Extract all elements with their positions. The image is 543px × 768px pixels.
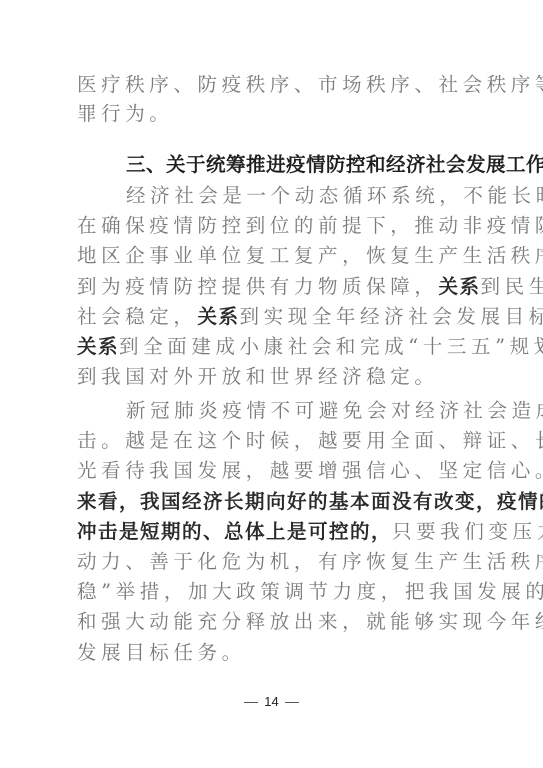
text-segment: 和强大动能充分释放出来，就能够实现今年经济社会 bbox=[77, 610, 543, 633]
section-heading: 三、关于统筹推进疫情防控和经济社会发展工作 bbox=[126, 150, 469, 180]
text-line: 和强大动能充分释放出来，就能够实现今年经济社会 bbox=[77, 607, 469, 637]
text-segment: 到民生保障和 bbox=[481, 275, 543, 298]
text-line: 发展目标任务。 bbox=[77, 638, 469, 668]
bold-text: 关系 bbox=[77, 335, 119, 358]
text-segment: 到实现全年经济社会发展目标任务， bbox=[240, 305, 543, 328]
text-segment: 社会稳定， bbox=[77, 305, 198, 328]
page-number: 14 bbox=[0, 694, 543, 709]
text-segment: 发展目标任务。 bbox=[77, 641, 246, 664]
text-line: 经济社会是一个动态循环系统，不能长时间停摆。 bbox=[126, 181, 469, 211]
document-page: 医疗秩序、防疫秩序、市场秩序、社会秩序等违法犯 罪行为。 三、关于统筹推进疫情防… bbox=[0, 0, 543, 768]
text-segment: 在确保疫情防控到位的前提下，推动非疫情防控重点 bbox=[77, 214, 543, 237]
text-line: 在确保疫情防控到位的前提下，推动非疫情防控重点 bbox=[77, 211, 469, 241]
text-segment: 到全面建成小康社会和完成“十三五”规划， bbox=[119, 335, 543, 358]
text-segment: 只要我们变压力为 bbox=[392, 520, 543, 543]
text-line: 来看，我国经济长期向好的基本面没有改变，疫情的 bbox=[77, 487, 469, 517]
text-line: 动力、善于化危为机，有序恢复生产生活秩序，强化“六 bbox=[77, 547, 469, 577]
text-line: 到为疫情防控提供有力物质保障，关系到民生保障和 bbox=[77, 272, 469, 302]
text-line: 稳”举措，加大政策调节力度，把我国发展的巨大潜力 bbox=[77, 577, 469, 607]
text-line: 到我国对外开放和世界经济稳定。 bbox=[77, 362, 469, 392]
text-segment: 到为疫情防控提供有力物质保障， bbox=[77, 275, 439, 298]
text-segment: 地区企事业单位复工复产，恢复生产生活秩序， bbox=[77, 244, 543, 267]
text-line: 关系到全面建成小康社会和完成“十三五”规划，关系 bbox=[77, 332, 469, 362]
text-segment: 经济社会是一个动态循环系统，不能长时间停摆。 bbox=[126, 184, 543, 207]
text-line: 社会稳定，关系到实现全年经济社会发展目标任务， bbox=[77, 302, 469, 332]
text-line: 新冠肺炎疫情不可避免会对经济社会造成较大冲 bbox=[126, 396, 469, 426]
text-segment: 新冠肺炎疫情不可避免会对经济社会造成较大冲 bbox=[126, 399, 543, 422]
text-segment: 击。越是在这个时候，越要用全面、辩证、长远的眼 bbox=[77, 429, 543, 452]
page-number-dash-left bbox=[244, 702, 258, 703]
text-line: 医疗秩序、防疫秩序、市场秩序、社会秩序等违法犯 bbox=[77, 70, 469, 100]
page-number-value: 14 bbox=[264, 694, 278, 709]
text-segment: 到我国对外开放和世界经济稳定。 bbox=[77, 365, 439, 388]
bold-text: 关系 bbox=[439, 275, 481, 298]
bold-text: 来看，我国经济长期向好的基本面没有改变，疫情的 bbox=[77, 490, 543, 513]
text-line: 地区企事业单位复工复产，恢复生产生活秩序，关系 bbox=[77, 241, 469, 271]
bold-text: 冲击是短期的、总体上是可控的， bbox=[77, 520, 392, 543]
text-segment: 动力、善于化危为机，有序恢复生产生活秩序，强化“六 bbox=[77, 550, 543, 573]
text-line: 冲击是短期的、总体上是可控的，只要我们变压力为 bbox=[77, 517, 469, 547]
page-number-dash-right bbox=[285, 702, 299, 703]
text-segment: 稳”举措，加大政策调节力度，把我国发展的巨大潜力 bbox=[77, 580, 543, 603]
bold-text: 关系 bbox=[198, 305, 240, 328]
text-line: 击。越是在这个时候，越要用全面、辩证、长远的眼 bbox=[77, 426, 469, 456]
text-line: 罪行为。 bbox=[77, 99, 469, 129]
text-line: 光看待我国发展，越要增强信心、坚定信心。综合起 bbox=[77, 456, 469, 486]
text-segment: 光看待我国发展，越要增强信心、坚定信心。 bbox=[77, 459, 543, 482]
